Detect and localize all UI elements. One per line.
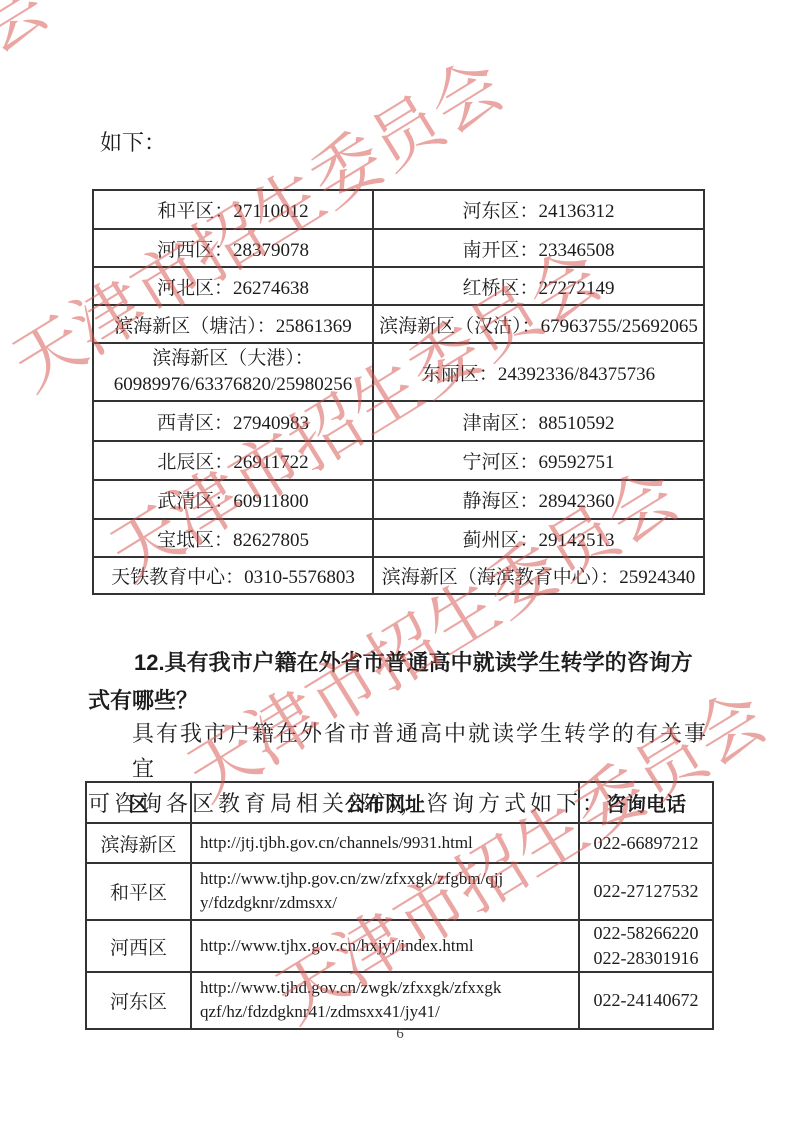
phone-cell: 红桥区：27272149 [373,267,704,305]
column-header-url: 公布网址 [191,782,579,823]
url-text: http://www.tjhx.gov.cn/hxjyj/index.html [200,934,474,958]
heading-line: 式有哪些？ [88,682,712,720]
phone-cell: 武清区：60911800 [93,480,373,519]
phone-cell: 西青区：27940983 [93,401,373,441]
district-cell: 河西区 [86,920,191,972]
phone-cell: 滨海新区（海滨教育中心）：25924340 [373,557,704,594]
table-row: 北辰区：26911722 宁河区：69592751 [93,441,704,480]
watermark-text: 天津市招生委员会 [0,0,60,322]
phone-cell: 蓟州区：29142513 [373,519,704,557]
phone-cell: 滨海新区（大港）： 60989976/63376820/25980256 [93,343,373,401]
district-cell: 和平区 [86,863,191,920]
phone-cell: 022-58266220 022-28301916 [579,920,713,972]
table-row: 河东区 http://www.tjhd.gov.cn/zwgk/zfxxgk/z… [86,972,713,1029]
district-phone-table: 和平区：27110012 河东区：24136312 河西区：28379078 南… [92,189,705,595]
consult-table: 区 公布网址 咨询电话 滨海新区 http://jtj.tjbh.gov.cn/… [85,781,714,1030]
column-header-phone: 咨询电话 [579,782,713,823]
heading-line: 12.具有我市户籍在外省市普通高中就读学生转学的咨询方 [88,644,712,682]
phone-cell: 宁河区：69592751 [373,441,704,480]
table-row: 和平区：27110012 河东区：24136312 [93,190,704,229]
url-cell: http://www.tjhx.gov.cn/hxjyj/index.html [191,920,579,972]
url-text: http://jtj.tjbh.gov.cn/channels/9931.htm… [200,831,473,855]
table-row: 西青区：27940983 津南区：88510592 [93,401,704,441]
district-cell: 河东区 [86,972,191,1029]
paragraph-line: 具有我市户籍在外省市普通高中就读学生转学的有关事宜 [88,716,716,786]
url-cell: http://www.tjhp.gov.cn/zw/zfxxgk/zfgbm/q… [191,863,579,920]
page-number: 6 [0,1026,800,1043]
phone-cell: 南开区：23346508 [373,229,704,267]
phone-cell: 滨海新区（塘沽）：25861369 [93,305,373,343]
phone-cell: 东丽区：24392336/84375736 [373,343,704,401]
document-page: 天津市招生委员会 天津市招生委员会 天津市招生委员会 天津市招生委员会 天津市招… [0,0,800,1131]
phone-cell: 津南区：88510592 [373,401,704,441]
column-header-district: 区 [86,782,191,823]
url-text: http://www.tjhp.gov.cn/zw/zfxxgk/zfgbm/q… [200,867,505,915]
phone-cell: 滨海新区（汉沽）：67963755/25692065 [373,305,704,343]
table-row: 滨海新区（塘沽）：25861369 滨海新区（汉沽）：67963755/2569… [93,305,704,343]
phone-cell: 北辰区：26911722 [93,441,373,480]
table-row: 滨海新区 http://jtj.tjbh.gov.cn/channels/993… [86,823,713,863]
table-row: 天铁教育中心：0310-5576803 滨海新区（海滨教育中心）：2592434… [93,557,704,594]
phone-cell: 022-27127532 [579,863,713,920]
url-cell: http://jtj.tjbh.gov.cn/channels/9931.htm… [191,823,579,863]
phone-cell: 宝坻区：82627805 [93,519,373,557]
phone-cell: 静海区：28942360 [373,480,704,519]
phone-cell: 天铁教育中心：0310-5576803 [93,557,373,594]
table-row: 和平区 http://www.tjhp.gov.cn/zw/zfxxgk/zfg… [86,863,713,920]
phone-cell: 河西区：28379078 [93,229,373,267]
table-row: 河北区：26274638 红桥区：27272149 [93,267,704,305]
table-row: 滨海新区（大港）： 60989976/63376820/25980256 东丽区… [93,343,704,401]
table-row: 武清区：60911800 静海区：28942360 [93,480,704,519]
phone-cell: 022-24140672 [579,972,713,1029]
table-row: 宝坻区：82627805 蓟州区：29142513 [93,519,704,557]
url-text: http://www.tjhd.gov.cn/zwgk/zfxxgk/zfxxg… [200,976,505,1024]
table-header-row: 区 公布网址 咨询电话 [86,782,713,823]
table-row: 河西区：28379078 南开区：23346508 [93,229,704,267]
table-row: 河西区 http://www.tjhx.gov.cn/hxjyj/index.h… [86,920,713,972]
district-cell: 滨海新区 [86,823,191,863]
intro-text: 如下： [100,126,166,157]
phone-cell: 和平区：27110012 [93,190,373,229]
phone-cell: 河北区：26274638 [93,267,373,305]
url-cell: http://www.tjhd.gov.cn/zwgk/zfxxgk/zfxxg… [191,972,579,1029]
phone-cell: 河东区：24136312 [373,190,704,229]
phone-cell: 022-66897212 [579,823,713,863]
question-heading: 12.具有我市户籍在外省市普通高中就读学生转学的咨询方 式有哪些？ [88,644,712,720]
